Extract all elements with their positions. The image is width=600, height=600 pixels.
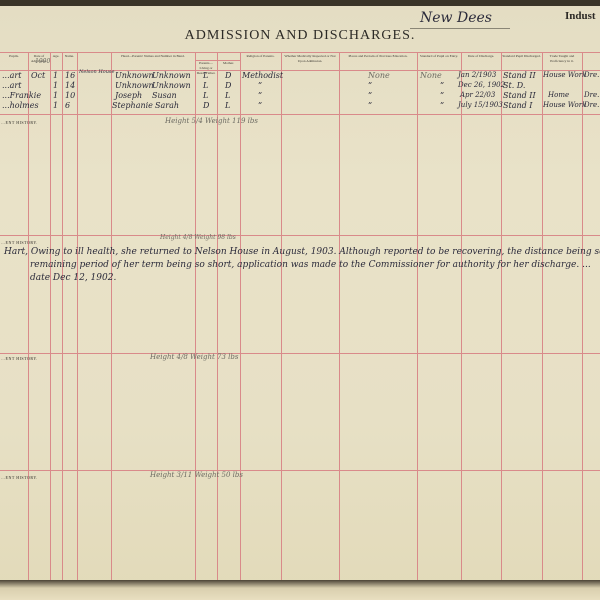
measurements: Height 3/11 Weight 50 lbs — [150, 471, 243, 479]
religion: ” — [258, 101, 262, 110]
col-rule — [217, 52, 218, 580]
pupil-name: ...holmes — [2, 101, 39, 110]
standard-discharge: Stand II — [503, 71, 536, 80]
col-rule — [195, 52, 196, 580]
standard-entry: ” — [440, 91, 444, 100]
col-rule — [501, 52, 502, 580]
header-name: Name. — [62, 54, 77, 59]
col-rule — [50, 52, 51, 580]
mother-status: D — [225, 71, 231, 80]
admission-day: 1 — [53, 71, 58, 80]
history-text-line: remaining period of her term being so sh… — [30, 259, 591, 272]
prev-education: ” — [368, 91, 372, 100]
age: 10 — [65, 91, 75, 100]
header-discharge-date: Date of Discharge. — [461, 54, 501, 59]
header-trade: Trade Taught and Proficiency in it. — [542, 54, 582, 64]
band: Nelson House — [79, 69, 114, 75]
header-age: Age. — [50, 54, 62, 59]
mother-name: Unknown — [152, 81, 191, 90]
admission-day: 1 — [53, 81, 58, 90]
mother-status: L — [225, 91, 230, 100]
father-status: D — [203, 101, 209, 110]
religion: ” — [258, 91, 262, 100]
rule-section-2 — [0, 235, 600, 236]
measurements: Height 4/8 Weight 73 lbs — [150, 353, 238, 361]
mother-name: Unknown — [152, 71, 191, 80]
religion: Methodist — [242, 71, 283, 80]
history-label: ...ENT HISTORY. — [1, 475, 38, 480]
pupil-name: ...Frankie — [2, 91, 41, 100]
religion: ” — [258, 81, 262, 90]
scan-bottom-edge — [0, 580, 600, 600]
pupil-name: ...art — [2, 81, 21, 90]
rule-section-4 — [0, 470, 600, 471]
handwritten-note: New Dees — [420, 10, 492, 26]
rule-section-3 — [0, 353, 600, 354]
father-status: L — [203, 71, 208, 80]
col-rule — [77, 52, 78, 580]
page-title: ADMISSION AND DISCHARGES. — [0, 28, 600, 44]
history-text-line: Hart, Owing to ill health, she returned … — [4, 246, 600, 259]
header-prev-education: Places and Periods of Previous Education… — [339, 54, 417, 59]
col-rule — [281, 52, 282, 580]
standard-discharge: St. D. — [503, 81, 525, 90]
mother-name: Susan — [152, 91, 177, 100]
year-note: 1900 — [35, 58, 50, 65]
col-rule — [62, 52, 63, 580]
prev-education: ” — [368, 81, 372, 90]
col-rule — [582, 52, 583, 580]
standard-entry: ” — [440, 81, 444, 90]
history-label: ...ENT HISTORY. — [1, 240, 38, 245]
prev-education: None — [368, 71, 390, 80]
age: 6 — [65, 101, 70, 110]
header-religion: Religion of Parents. — [240, 54, 281, 59]
history-label: ...ENT HISTORY. — [1, 120, 38, 125]
standard-entry: ” — [440, 101, 444, 110]
top-right-label: Indust — [565, 10, 596, 22]
discharge-date: Jan 2/1903 — [458, 71, 496, 79]
extra: Dre... — [584, 101, 600, 109]
mother-name: Sarah — [155, 101, 179, 110]
col-rule — [28, 52, 29, 580]
age: 14 — [65, 81, 75, 90]
father-name: Stephanie — [112, 101, 153, 110]
standard-discharge: Stand II — [503, 91, 536, 100]
mother-status: L — [225, 101, 230, 110]
measurements: Height 4/8 Weight 98 lbs — [160, 234, 236, 241]
standard-discharge: Stand I — [503, 101, 532, 110]
father-name: Unknown — [115, 71, 154, 80]
prev-education: ” — [368, 101, 372, 110]
header-medical: Whether Medically Inspected or Not Upon … — [281, 54, 339, 64]
col-rule — [461, 52, 462, 580]
extra: Dre... — [584, 71, 600, 79]
pupil-name: ...art — [2, 71, 21, 80]
header-standard-discharge: Standard Pupil Discharged. — [501, 54, 542, 59]
standard-entry: None — [420, 71, 442, 80]
father-status: L — [203, 91, 208, 100]
discharge-date: Apr 22/03 — [460, 91, 495, 99]
father-status: L — [203, 81, 208, 90]
header-pupils: Pupils. — [0, 54, 28, 59]
history-text-line: date Dec 12, 1902. — [30, 272, 116, 285]
rule-top — [0, 52, 600, 53]
col-rule — [542, 52, 543, 580]
col-rule — [240, 52, 241, 580]
header-parents-names: Head—Parents' Names and Number in Band. — [111, 54, 195, 59]
col-rule — [417, 52, 418, 580]
admission-day: 1 — [53, 91, 58, 100]
measurements: Height 5/4 Weight 119 lbs — [165, 117, 258, 125]
age: 16 — [65, 71, 75, 80]
note-underline — [410, 28, 510, 29]
history-label: ...ENT HISTORY. — [1, 356, 38, 361]
father-name: Joseph — [115, 91, 142, 100]
father-name: Unknown — [115, 81, 154, 90]
trade: House Work — [543, 101, 586, 109]
discharge-date: July 15/1903 — [458, 101, 503, 109]
extra: Dre... — [584, 91, 600, 99]
header-standard-entry: Standard of Pupil on Entry. — [417, 54, 461, 59]
mother-status: D — [225, 81, 231, 90]
rule-section-1 — [0, 114, 600, 115]
col-rule — [111, 52, 112, 580]
col-rule — [339, 52, 340, 580]
trade: Home — [548, 91, 569, 99]
header-mother: Mother. — [217, 61, 240, 66]
discharge-date: Dec 26, 1902 — [458, 81, 505, 89]
trade: House Work — [543, 71, 586, 79]
admission-month: Oct — [31, 71, 45, 80]
admission-day: 1 — [53, 101, 58, 110]
